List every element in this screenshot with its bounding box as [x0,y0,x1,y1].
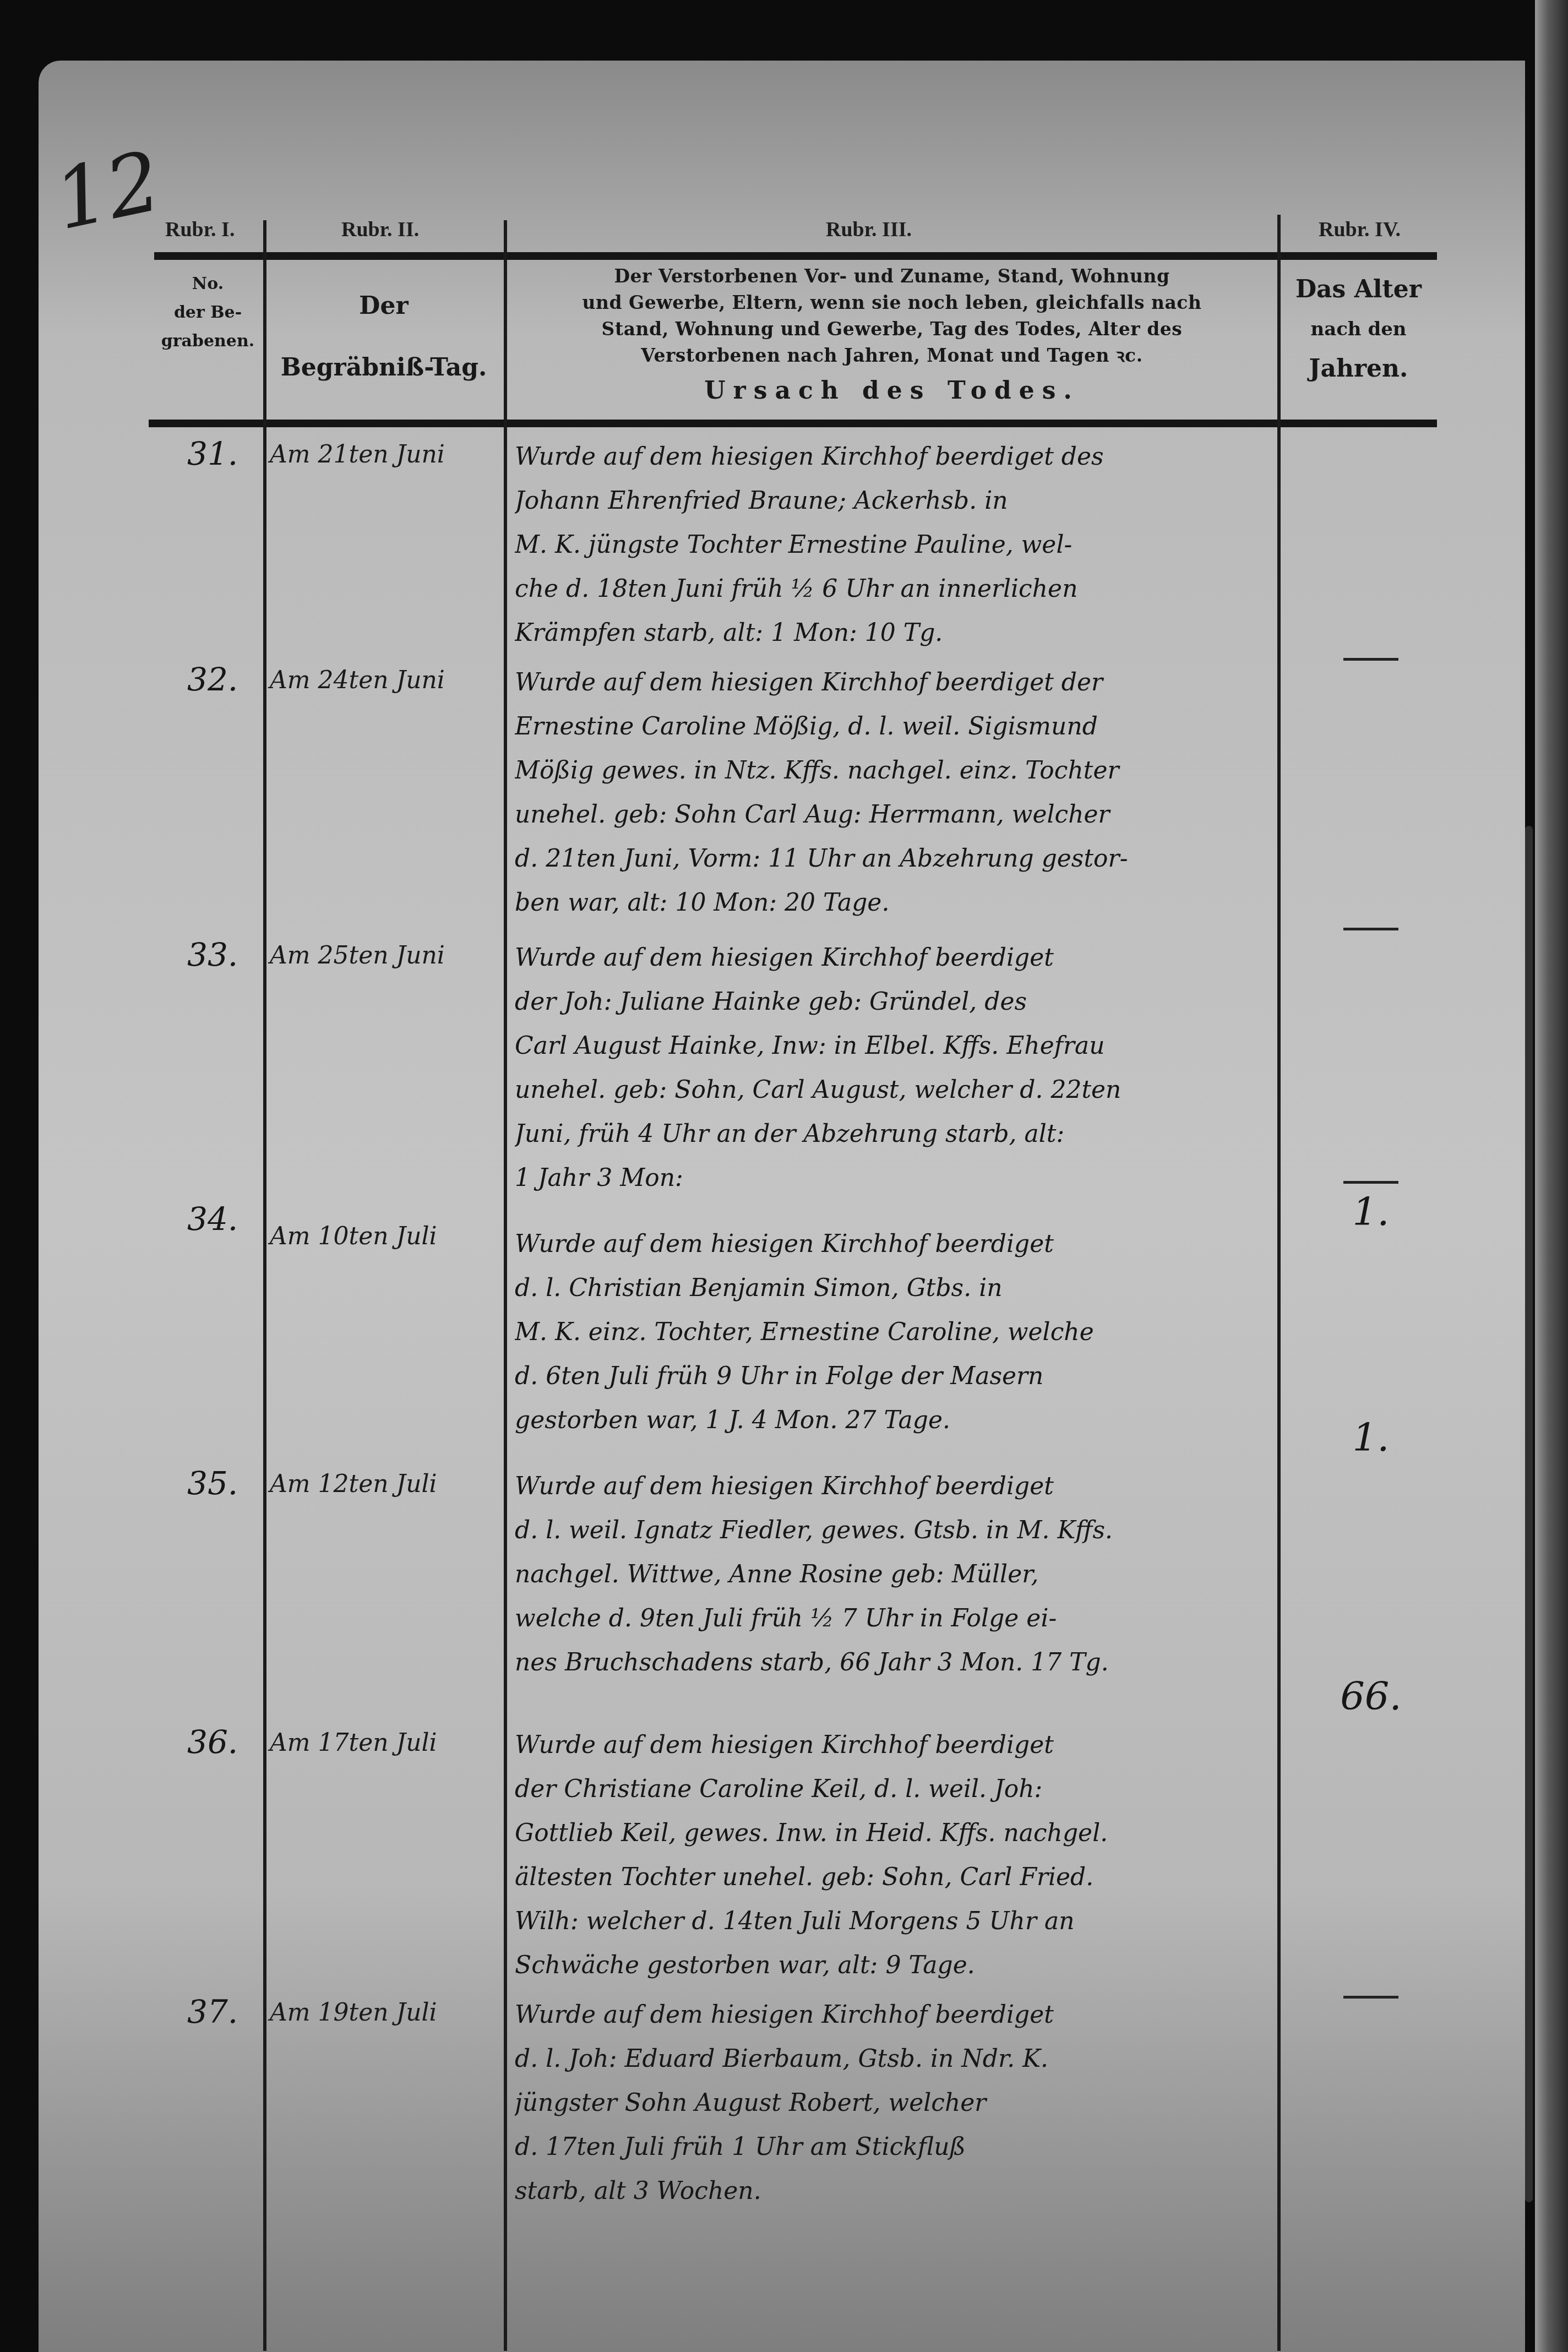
entry-description: Wurde auf dem hiesigen Kirchhof beerdige… [515,936,1275,1200]
age-dash [1343,1996,1398,1999]
header-col-number: No. der Be- grabenen. [154,270,262,356]
entry-number: 32. [187,661,253,698]
entry-age: 1. [1316,1415,1426,1460]
entry-number: 36. [187,1723,253,1761]
header-col-burial-day: Der Begräbniß-Tag. [265,286,502,388]
header-col-age: Das Alter nach den Jahren. [1280,270,1437,389]
age-dash [1343,1181,1398,1184]
entry-burial-date: Am 25ten Juni [270,941,479,970]
header-top-rule [154,252,1437,260]
entry-description: Wurde auf dem hiesigen Kirchhof beerdige… [515,1464,1275,1685]
entry-burial-date: Am 12ten Juli [270,1470,479,1498]
entry-burial-date: Am 19ten Juli [270,1999,479,2027]
rubric-3-label: Rubr. III. [826,217,912,242]
column-divider-3 [1277,215,1281,2351]
entry-number: 34. [187,1200,253,1238]
entry-description: Wurde auf dem hiesigen Kirchhof beerdige… [515,661,1275,925]
entry-number: 37. [187,1993,253,2030]
column-divider-1 [263,220,266,2351]
entry-description: Wurde auf dem hiesigen Kirchhof beerdige… [515,1993,1275,2213]
age-dash [1343,658,1398,661]
entry-description: Wurde auf dem hiesigen Kirchhof beerdige… [515,1222,1275,1442]
entry-age [1316,633,1426,678]
entry-burial-date: Am 21ten Juni [270,440,479,469]
entry-number: 35. [187,1464,253,1502]
binding-thread [1525,826,1533,2202]
adjacent-page-edge [1535,0,1568,2352]
age-dash [1343,928,1398,930]
header-bottom-rule [149,420,1437,427]
header-cause-of-death: Ursach des Todes. [509,377,1275,405]
entry-burial-date: Am 24ten Juni [270,666,479,694]
entry-burial-date: Am 10ten Juli [270,1222,479,1250]
entry-burial-date: Am 17ten Juli [270,1729,479,1757]
column-divider-2 [504,220,507,2351]
entry-number: 31. [187,435,253,472]
rubric-4-label: Rubr. IV. [1319,217,1401,242]
header-col-description: Der Verstorbenen Vor- und Zuname, Stand,… [509,263,1275,405]
rubric-2-label: Rubr. II. [341,217,419,242]
entry-description: Wurde auf dem hiesigen Kirchhof beerdige… [515,1723,1275,1988]
entry-age: 1. [1316,1189,1426,1234]
entry-age: 66. [1316,1674,1426,1719]
entry-age [1316,1971,1426,2016]
rubric-1-label: Rubr. I. [165,217,235,242]
entry-description: Wurde auf dem hiesigen Kirchhof beerdige… [515,435,1275,655]
entry-age [1316,903,1426,948]
entry-number: 33. [187,936,253,973]
